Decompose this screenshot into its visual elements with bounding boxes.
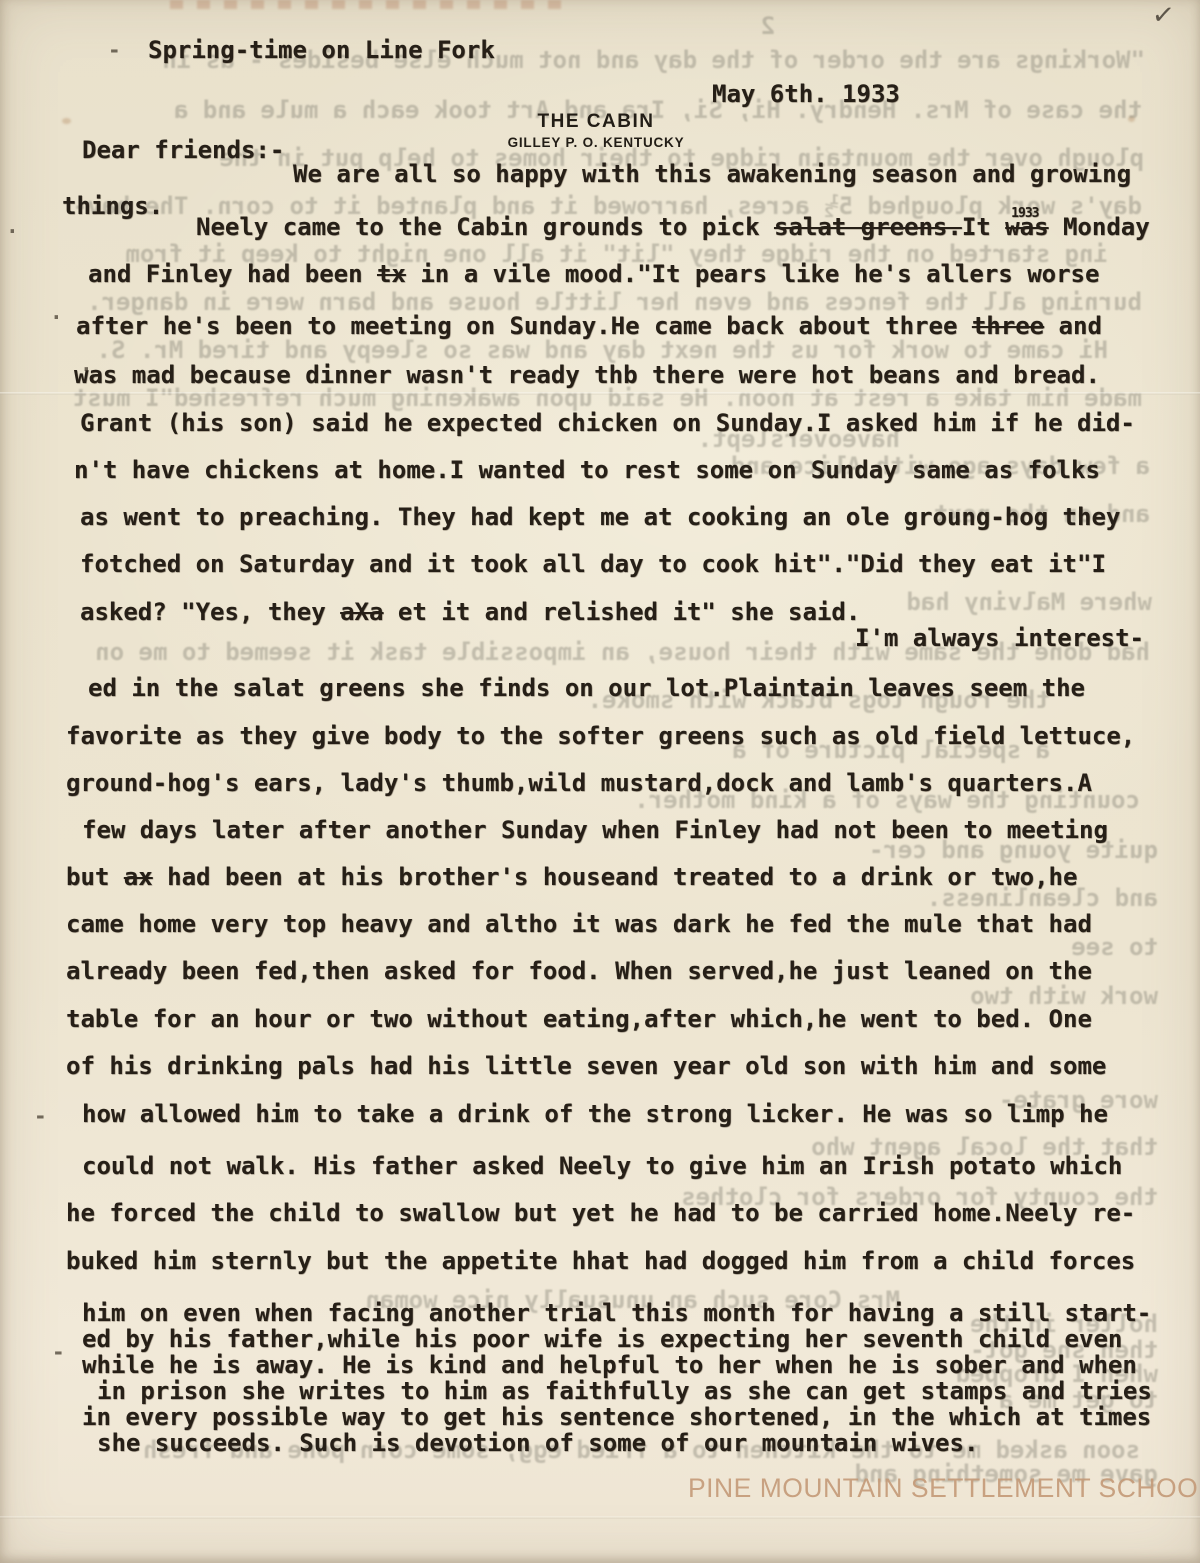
letterhead-address: GILLEY P. O. KENTUCKY <box>420 135 772 150</box>
archive-watermark: PINE MOUNTAIN SETTLEMENT SCHOOL 2015 <box>688 1473 1200 1504</box>
letter-line: but ax had been at his brother's housean… <box>66 863 1077 891</box>
letter-line: how allowed him to take a drink of the s… <box>82 1100 1108 1128</box>
letter-line: ed by his father,while his poor wife is … <box>82 1325 1122 1353</box>
letter-line: in every possible way to get his sentenc… <box>82 1403 1151 1431</box>
letter-line: fotched on Saturday and it took all day … <box>80 550 1106 578</box>
letter-line: in prison she writes to him as faithfull… <box>97 1377 1152 1405</box>
scan-edge-artifact <box>170 0 570 9</box>
letter-line: could not walk. His father asked Neely t… <box>82 1152 1122 1180</box>
letterhead-name: THE CABIN <box>420 111 772 133</box>
pencil-mark: - <box>108 38 121 62</box>
pencil-mark: - <box>34 1104 47 1128</box>
checkmark-annotation: ✓ <box>1150 0 1176 32</box>
letter-line: him on even when facing another trial th… <box>82 1299 1151 1327</box>
letter-line: n't have chickens at home.I wanted to re… <box>74 456 1100 484</box>
letter-line: while he is away. He is kind and helpful… <box>82 1351 1137 1379</box>
letter-line: favorite as they give body to the softer… <box>66 722 1135 750</box>
letter-line: Grant (his son) said he expected chicken… <box>80 409 1135 437</box>
letter-line: Spring-time on Line Fork <box>148 36 495 64</box>
letterhead: THE CABIN GILLEY P. O. KENTUCKY <box>420 111 772 150</box>
letter-line: she succeeds. Such is devotion of some o… <box>97 1429 978 1457</box>
scanned-letter-page: 2"Workings are the order of the day and … <box>0 0 1200 1563</box>
letter-line: as went to preaching. They had kept me a… <box>80 503 1120 531</box>
pencil-mark: . <box>50 300 63 324</box>
letter-line: table for an hour or two without eating,… <box>66 1005 1092 1033</box>
letter-line: ground-hog's ears, lady's thumb,wild mus… <box>66 769 1092 797</box>
pencil-mark: . <box>6 214 19 238</box>
letter-line: May 6th. 1933 <box>712 80 900 108</box>
paper-crease <box>0 392 1200 395</box>
letter-line: We are all so happy with this awakening … <box>293 160 1131 188</box>
letter-line: I'm always interest- <box>855 624 1144 652</box>
letter-line: buked him sternly but the appetite hhat … <box>66 1247 1135 1275</box>
pencil-mark: . <box>80 352 93 376</box>
pencil-mark: - <box>52 1340 65 1364</box>
letter-line: few days later after another Sunday when… <box>82 816 1108 844</box>
letter-line: after he's been to meeting on Sunday.He … <box>76 312 1102 340</box>
letter-line: things. <box>62 192 163 220</box>
typed-correction-superscript: 1933 <box>1011 200 1038 228</box>
letter-line: already been fed,then asked for food. Wh… <box>66 957 1092 985</box>
letter-line: he forced the child to swallow but yet h… <box>66 1199 1135 1227</box>
letter-line: ed in the salat greens she finds on our … <box>88 674 1085 702</box>
paper-stain <box>62 118 71 124</box>
letter-line: was mad because dinner wasn't ready thb … <box>74 361 1100 389</box>
paper-stain <box>1128 116 1135 122</box>
letter-line: Dear friends:- <box>82 136 284 164</box>
letter-line: Neely came to the Cabin grounds to pick … <box>196 213 1150 241</box>
letter-line: asked? "Yes, they aXa et it and relished… <box>80 598 860 626</box>
letter-line: of his drinking pals had his little seve… <box>66 1052 1106 1080</box>
paper-crease <box>0 1516 1200 1519</box>
letter-line: came home very top heavy and altho it wa… <box>66 910 1092 938</box>
letter-line: and Finley had been tx in a vile mood."I… <box>88 260 1099 288</box>
bleed-through-line: Hi came to work for us the next day and … <box>0 336 1200 364</box>
